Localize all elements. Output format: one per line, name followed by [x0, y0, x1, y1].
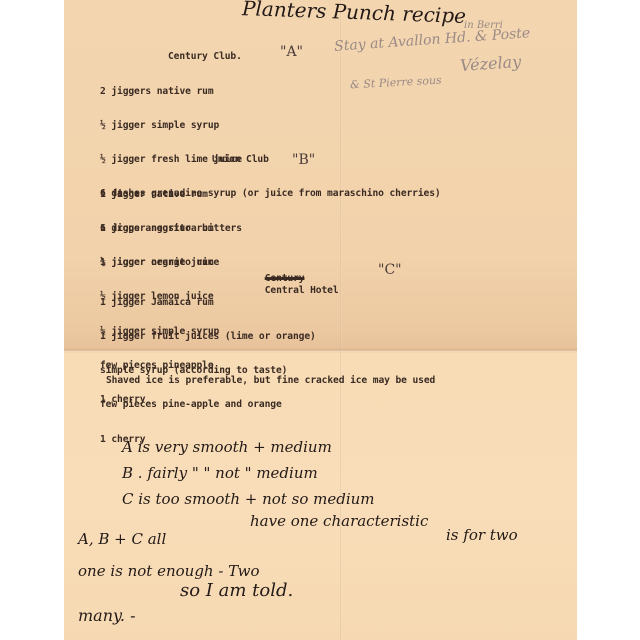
recipe-b-label: "B"	[292, 152, 315, 168]
recipe-b-title: Union Club	[212, 154, 269, 165]
pencil-note-line1: Stay at Avallon Hd. & Poste	[334, 25, 531, 55]
pencil-note-line2: Vézelay	[459, 52, 521, 75]
handwritten-note-c: C is too smooth + not so medium	[122, 490, 375, 508]
ingredient: 2 jiggers native rum	[100, 86, 441, 97]
ingredient: ½ jigger fresh lime juice	[100, 154, 441, 165]
recipe-a-label: "A"	[280, 44, 303, 60]
ingredient: 1 jigger native rum	[100, 189, 219, 200]
recipe-c-label: "C"	[378, 262, 402, 278]
handwritten-note-so-told: so I am told.	[180, 580, 293, 601]
ingredient: 1 jigger fruit juices (lime or orange)	[100, 331, 316, 342]
handwritten-note-one-not-enough: one is not enough - Two	[78, 562, 260, 580]
ice-note: Shaved ice is preferable, but fine crack…	[106, 375, 435, 386]
handwritten-note-for-two: is for two	[446, 526, 518, 544]
ingredient: 1 jigger negrito rum	[100, 223, 219, 234]
ingredient: ½ jigger orange juice	[100, 257, 219, 268]
handwritten-note-abc: A, B + C all	[78, 530, 166, 548]
handwritten-title: Planters Punch recipe	[242, 0, 467, 28]
ingredient: 1 jigger Jamaica rum	[100, 297, 316, 308]
recipe-a-title: Century Club.	[168, 51, 242, 62]
handwritten-note-many: many. -	[78, 606, 136, 625]
handwritten-note-characteristic: have one characteristic	[250, 512, 428, 530]
handwritten-note-b: B . fairly " " not " medium	[122, 464, 318, 482]
ingredient: few pieces pine-apple and orange	[100, 399, 316, 410]
handwritten-note-a: A is very smooth + medium	[122, 438, 332, 456]
recipe-document: Planters Punch recipe in Berri Stay at A…	[64, 0, 577, 640]
ingredient: ½ jigger simple syrup	[100, 120, 441, 131]
